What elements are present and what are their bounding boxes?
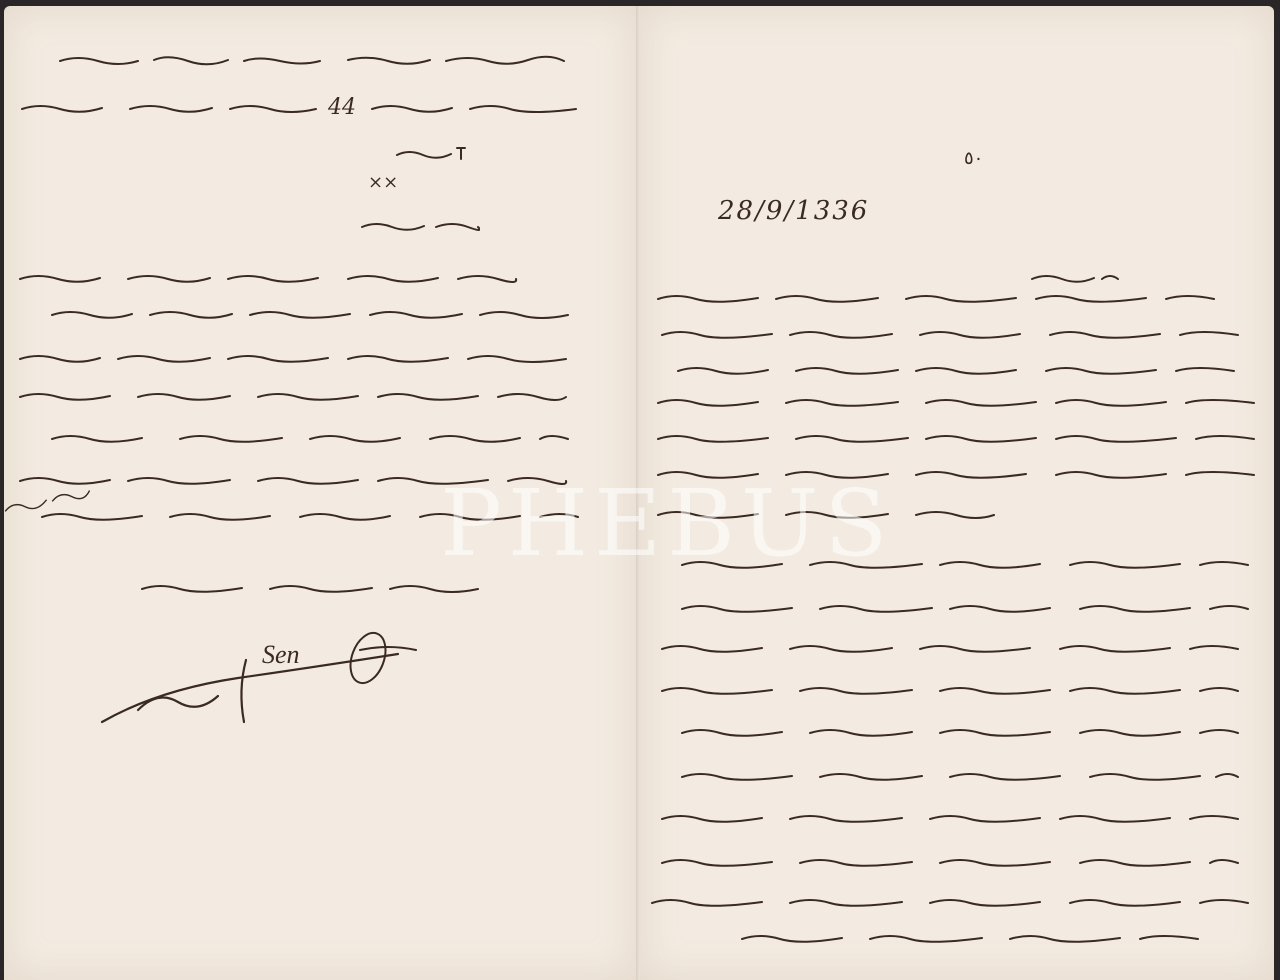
handwritten-line — [680, 768, 1240, 782]
handwritten-line — [660, 854, 1240, 868]
signature-latin-text: Sen — [262, 640, 300, 670]
header-mark: ٥٠ — [964, 148, 983, 169]
handwritten-line — [676, 362, 1236, 376]
handwritten-line — [740, 930, 1200, 944]
handwritten-line — [650, 894, 1250, 908]
handwritten-line — [660, 326, 1240, 340]
section-mark: ×× — [368, 172, 398, 193]
handwritten-line — [18, 270, 518, 284]
handwritten-line — [370, 100, 580, 114]
handwritten-numeral: 44 — [328, 95, 356, 120]
handwritten-closing — [140, 580, 480, 594]
handwritten-line — [680, 724, 1240, 738]
handwritten-line — [20, 100, 320, 114]
handwritten-line — [660, 810, 1240, 824]
handwritten-line — [656, 430, 1256, 444]
watermark: PHEBUS — [440, 470, 893, 577]
salutation — [1030, 270, 1120, 284]
handwritten-line — [18, 350, 568, 364]
handwritten-line — [656, 290, 1216, 304]
handwritten-line — [50, 306, 570, 320]
handwritten-line — [50, 430, 570, 444]
handwritten-line — [656, 394, 1256, 408]
handwritten-line — [660, 682, 1240, 696]
handwritten-line — [18, 388, 568, 402]
handwritten-line — [360, 218, 480, 232]
handwritten-line — [660, 640, 1240, 654]
handwritten-line — [58, 52, 568, 66]
handwritten-line — [680, 600, 1250, 614]
letter-date: 28/9/1336 — [718, 196, 869, 226]
handwritten-line — [395, 146, 475, 160]
